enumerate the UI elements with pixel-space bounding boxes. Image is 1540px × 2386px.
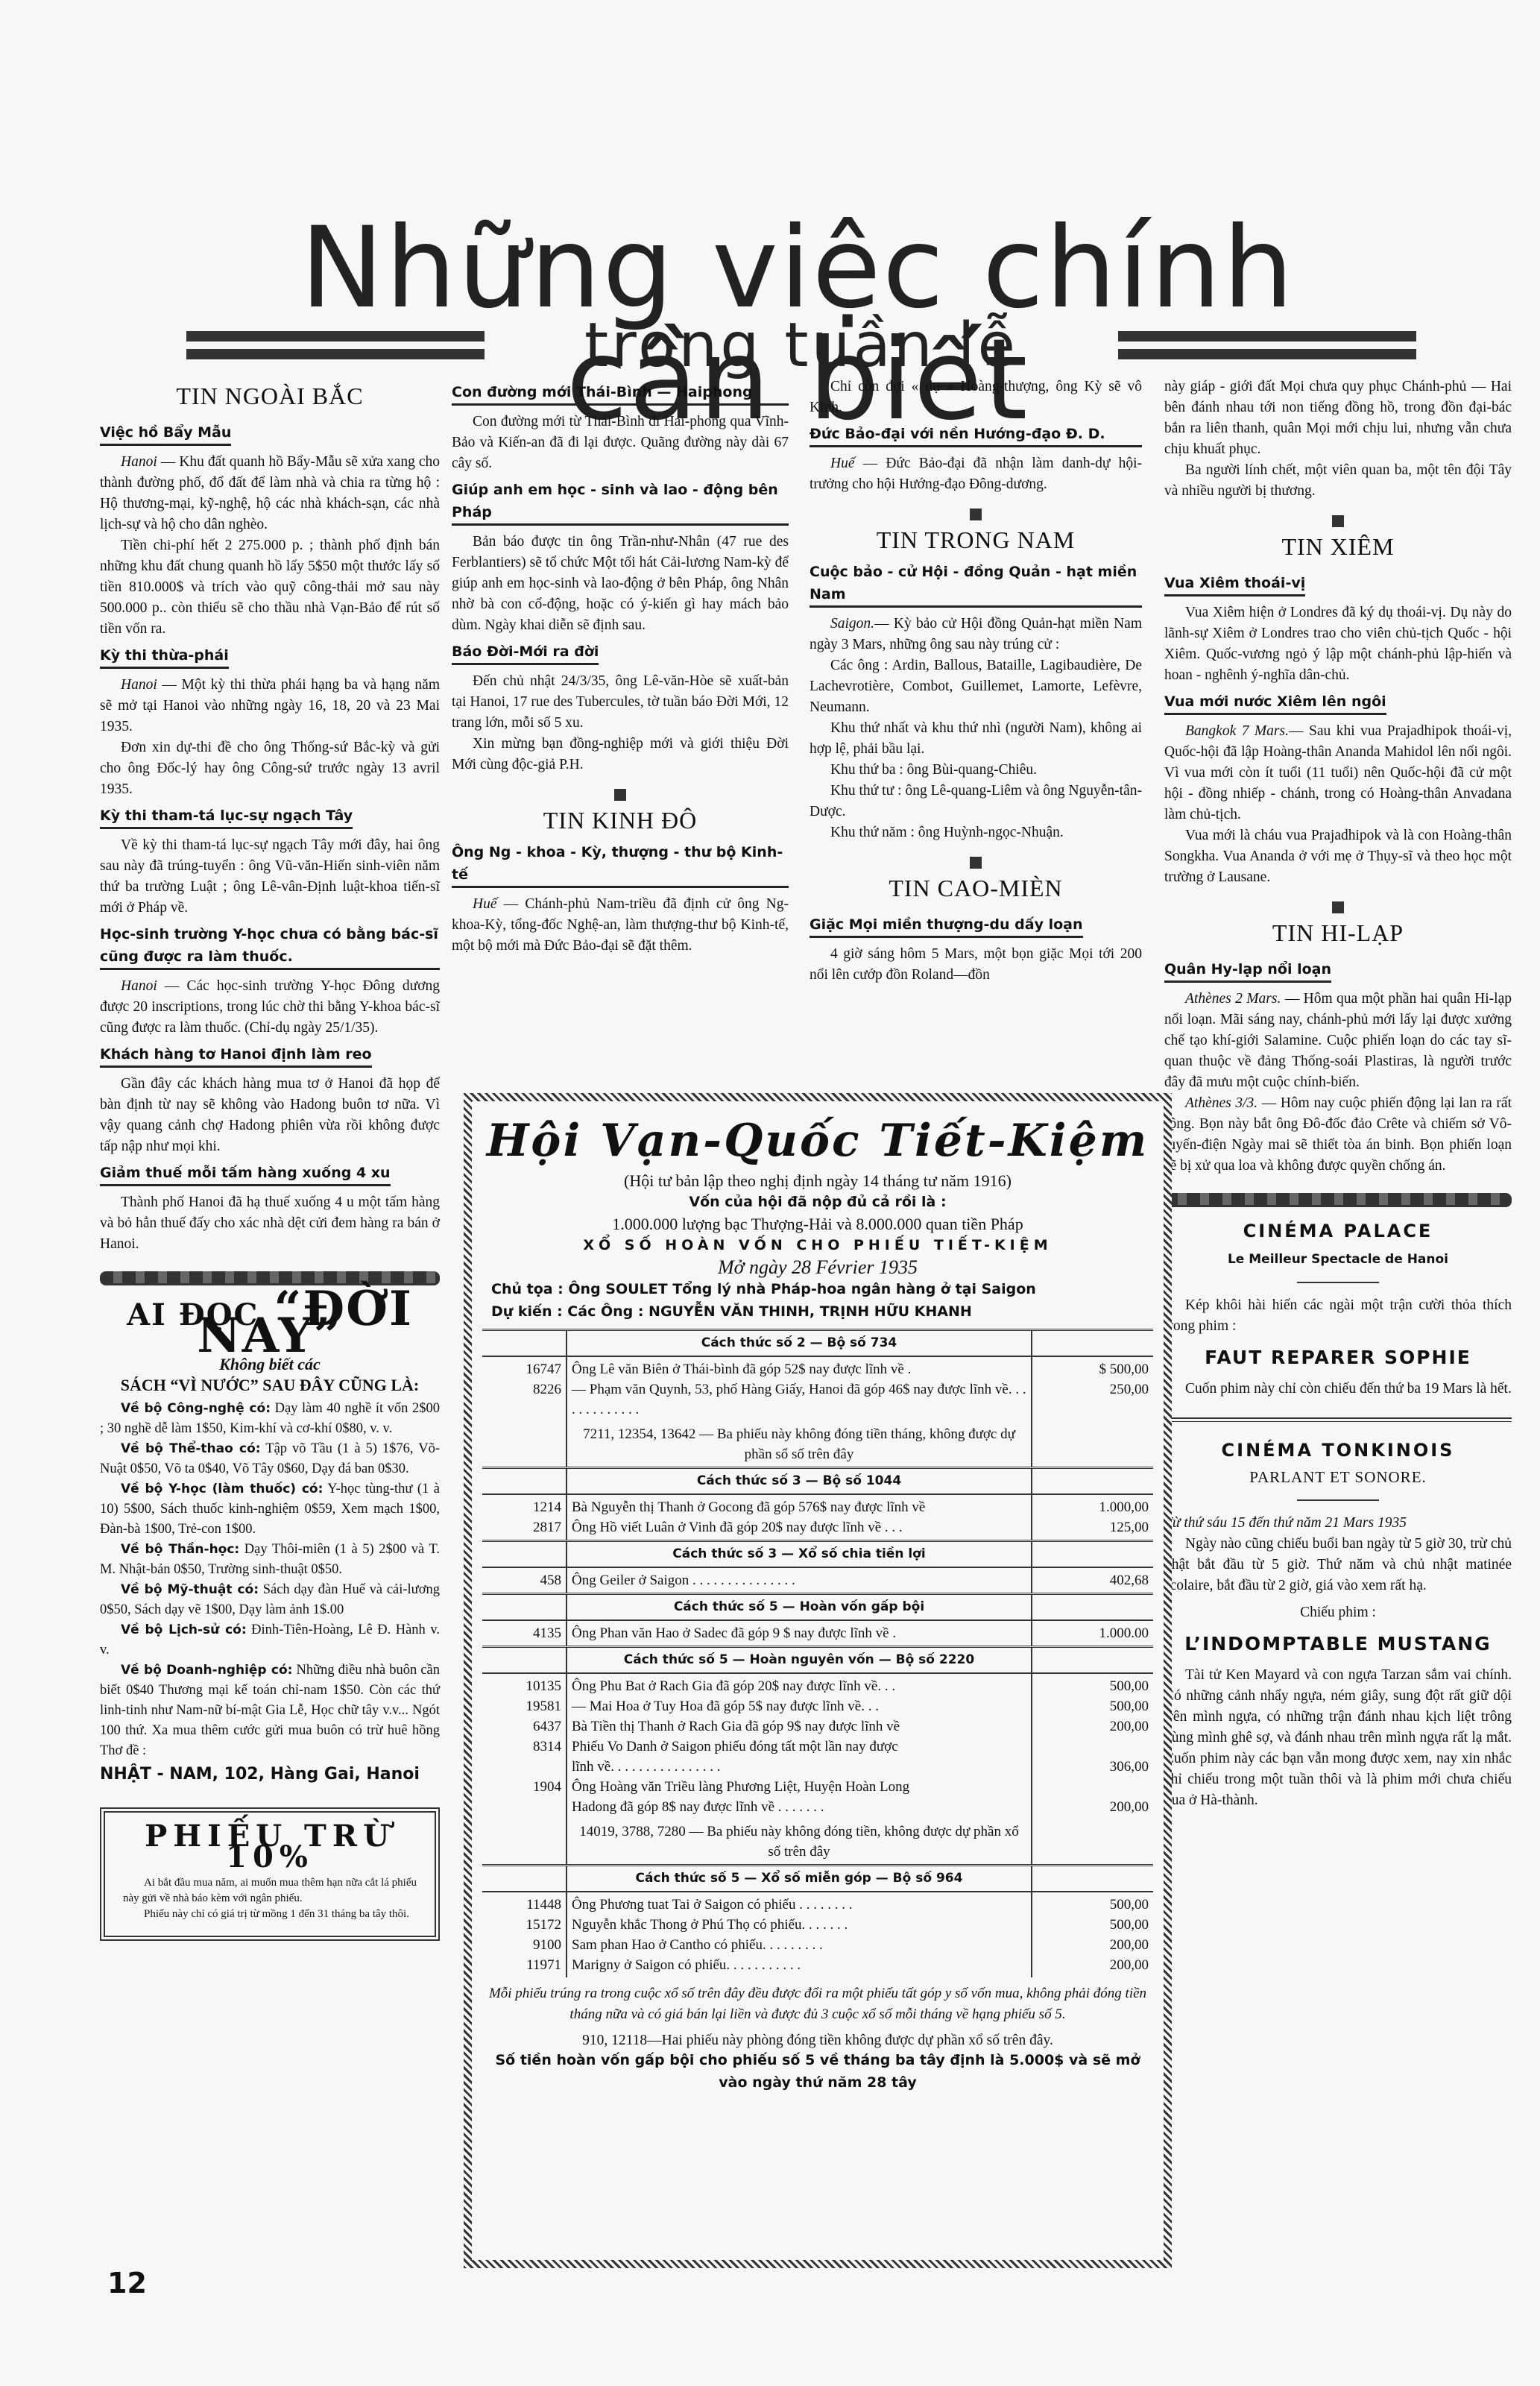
ad-title: AI ĐỌC “ĐỜI NAY” [100, 1299, 440, 1350]
cinema-intro: Kép khôi hài hiến các ngài một trận cười… [1164, 1295, 1512, 1337]
article-ho-bay-mau: Việc hồ Bẩy Mẫu Hanoi — Khu đất quanh hồ… [100, 417, 440, 640]
double-rule [1164, 1417, 1512, 1422]
table-row: 12142817Bà Nguyễn thị Thanh ở Gocong đã … [482, 1494, 1153, 1541]
article-paragraph: Tiền chi-phí hết 2 275.000 p. ; thành ph… [100, 535, 440, 640]
article-paragraph: Vua mới là cháu vua Prajadhipok và là co… [1164, 825, 1512, 888]
capital-label: Vốn của hội đã nộp đủ cả rồi là : [482, 1192, 1153, 1213]
article-heading: Giúp anh em học - sinh và lao - động bên… [452, 479, 789, 526]
article-paragraph: Xin mừng bạn đồng-nghiệp mới và giới thi… [452, 734, 789, 775]
table-row: 101351958164378314 1904 Ông Phu Bat ở Ra… [482, 1673, 1153, 1819]
column-3: Chỉ còn đợi « dụ » Hoàng-thượng, ông Kỳ … [810, 377, 1142, 986]
article-hoc-sinh-y-hoc: Học-sinh trường Y-học chưa có bằng bác-s… [100, 923, 440, 1039]
article-paragraph: Con đường mới từ Thái-Bình đi Hai-phong … [452, 412, 789, 474]
section-title-tin-trong-nam: TIN TRONG NAM [810, 529, 1142, 550]
table-note-row: 14019, 3788, 7280 — Ba phiếu này không đ… [482, 1819, 1153, 1866]
article-heading: Kỳ thi tham-tá lục-sự ngạch Tây [100, 805, 353, 829]
cinema-name: CINÉMA PALACE [1164, 1221, 1512, 1241]
column-2: Con đường mới Thái-Bình — Haiphong Con đ… [452, 377, 789, 957]
lottery-line: XỔ SỐ HOÀN VỐN CHO PHIẾU TIẾT-KIỆM [482, 1235, 1153, 1256]
article-paragraph: Ba người lính chết, một viên quan ba, mộ… [1164, 460, 1512, 502]
table-note-row: 7211, 12354, 13642 — Ba phiếu này không … [482, 1422, 1153, 1468]
section-title-tin-cao-mien: TIN CAO-MIÈN [810, 878, 1142, 898]
subheadline-row: trong tuần lễ [186, 312, 1416, 379]
dateline: Hanoi [121, 454, 157, 470]
cinema-label: Chiếu phim : [1164, 1602, 1512, 1623]
table-section-header: Cách thức số 5 — Xổ số miễn góp — Bộ số … [482, 1866, 1153, 1892]
article-paragraph: Bản báo được tin ông Trần-như-Nhân (47 r… [452, 532, 789, 636]
article-heading: Học-sinh trường Y-học chưa có bằng bác-s… [100, 923, 440, 970]
article-paragraph: Khu thứ năm : ông Huỳnh-ngọc-Nhuận. [810, 822, 1142, 843]
section-bullet-icon [1332, 901, 1344, 913]
ad-subtitle: Không biết các [100, 1354, 440, 1375]
article-heading: Việc hồ Bẩy Mẫu [100, 421, 231, 446]
article-paragraph: Khu thứ tư : ông Lê-quang-Liêm và ông Ng… [810, 781, 1142, 822]
subheadline: trong tuần lễ [584, 310, 1018, 381]
section-title-tin-hi-lap: TIN HI-LẠP [1164, 922, 1512, 943]
short-rule [1297, 1499, 1379, 1501]
cinema-desc: Tài tử Ken Mayard và con ngựa Tarzan sắm… [1164, 1665, 1512, 1811]
article-heading: Giảm thuế mỗi tấm hàng xuống 4 xu [100, 1162, 391, 1186]
wavy-divider [1164, 1193, 1512, 1207]
coupon-title: PHIẾU TRỪ 10% [123, 1826, 417, 1868]
column-1: TIN NGOÀI BẮC Việc hồ Bẩy Mẫu Hanoi — Kh… [100, 377, 440, 1941]
ad-cinema-tonkinois: CINÉMA TONKINOIS PARLANT ET SONORE. Từ t… [1164, 1440, 1512, 1811]
founded-line: (Hội tư bản lập theo nghị định ngày 14 t… [482, 1170, 1153, 1192]
dateline: Huế [473, 896, 497, 912]
table-section-header: Cách thức số 3 — Xổ số chia tiền lợi [482, 1541, 1153, 1568]
table-row: 167478226Ông Lê văn Biên ở Thái-bình đã … [482, 1356, 1153, 1422]
cinema-schedule: Ngày nào cũng chiếu buổi ban ngày từ 5 g… [1164, 1534, 1512, 1596]
article-paragraph: Đức Bảo-đại đã nhận làm danh-dự hội-trưở… [810, 456, 1142, 492]
capital-amount: 1.000.000 lượng bạc Thượng-Hải và 8.000.… [482, 1213, 1153, 1235]
ad-item: Về bộ Doanh-nghiệp có: Những điều nhà bu… [100, 1661, 440, 1761]
table-section-header: Cách thức số 3 — Bộ số 1044 [482, 1468, 1153, 1495]
section-bullet-icon [970, 857, 982, 869]
article-ky-thi-tham-ta: Kỳ thi tham-tá lục-sự ngạch Tây Về kỳ th… [100, 800, 440, 919]
article-paragraph: Thành phố Hanoi đã hạ thuế xuống 4 u một… [100, 1192, 440, 1255]
table-section-header: Cách thức số 2 — Bộ số 734 [482, 1330, 1153, 1357]
dateline: Athènes 3/3. [1185, 1095, 1257, 1111]
article-paragraph: Khu thứ nhất và khu thứ nhì (người Nam),… [810, 718, 1142, 760]
decorative-rule-left [186, 331, 485, 359]
ad-title: Hội Vạn-Quốc Tiết-Kiệm [482, 1115, 1153, 1167]
article-heading: Quân Hy-lạp nổi loạn [1164, 958, 1331, 983]
page-number: 12 [107, 2267, 147, 2300]
ad-item: Về bộ Thần-học: Dạy Thôi-miên (1 à 5) 2$… [100, 1540, 440, 1580]
table-section-header: Cách thức số 5 — Hoàn vốn gấp bội [482, 1594, 1153, 1621]
cinema-dates: Từ thứ sáu 15 đến thứ năm 21 Mars 1935 [1164, 1513, 1512, 1534]
lottery-results-table: Cách thức số 2 — Bộ số 734167478226Ông L… [482, 1329, 1153, 1977]
article-paragraph: Đơn xin dự-thi đề cho ông Thống-sứ Bắc-k… [100, 737, 440, 800]
section-title-tin-ngoai-bac: TIN NGOÀI BẮC [100, 385, 440, 406]
dateline: Hanoi [121, 978, 157, 994]
article-heading: Giặc Mọi miền thượng-du dấy loạn [810, 913, 1083, 938]
cinema-tagline: Le Meilleur Spectacle de Hanoi [1164, 1249, 1512, 1270]
section-title-tin-xiem: TIN XIÊM [1164, 536, 1512, 557]
film-title: FAUT REPARER SOPHIE [1164, 1347, 1512, 1368]
article-heading: Kỳ thi thừa-phái [100, 644, 229, 669]
dateline: Huế [830, 456, 855, 471]
table-row: 1144815172910011971Ông Phương tuat Tai ở… [482, 1892, 1153, 1977]
dateline: Hanoi [121, 677, 157, 693]
article-paragraph: Chánh-phủ Nam-triều đã định cử ông Ng-kh… [452, 896, 789, 954]
film-title: L’INDOMPTABLE MUSTANG [1164, 1634, 1512, 1655]
short-rule [1297, 1282, 1379, 1283]
ad-item: Về bộ Mỹ-thuật có: Sách dạy đàn Huế và c… [100, 1580, 440, 1620]
discount-coupon: PHIẾU TRỪ 10% Ai bắt đầu mua năm, ai muố… [100, 1807, 440, 1941]
article-khach-hang-to: Khách hàng tơ Hanoi định làm reo Gần đây… [100, 1039, 440, 1157]
table-section-header: Cách thức số 5 — Hoàn nguyên vốn — Bộ số… [482, 1647, 1153, 1674]
ad-caps-line: SÁCH “VÌ NƯỚC” SAU ĐÂY CŨNG LÀ: [100, 1375, 440, 1396]
column-4: này giáp - giới đất Mọi chưa quy phục Ch… [1164, 377, 1512, 1811]
ad-doi-nay: AI ĐỌC “ĐỜI NAY” Không biết các SÁCH “VÌ… [100, 1299, 440, 1785]
footnote-bold: Số tiền hoàn vốn gấp bội cho phiếu số 5 … [482, 2049, 1153, 2094]
cinema-tagline: PARLANT ET SONORE. [1164, 1467, 1512, 1488]
ad-item: Về bộ Y-học (làm thuốc) có: Y-học tùng-t… [100, 1479, 440, 1540]
chairman-line: Chủ tọa : Ông SOULET Tổng lý nhà Pháp-ho… [482, 1278, 1153, 1300]
dateline: Saigon. [830, 616, 874, 632]
article-paragraph: Đến chủ nhật 24/3/35, ông Lê-văn-Hòe sẽ … [452, 671, 789, 734]
coupon-text: Phiếu này chỉ có giá trị từ mồng 1 đến 3… [123, 1907, 417, 1922]
section-title-tin-kinh-do: TIN KINH ĐÔ [452, 810, 789, 831]
ad-item: Về bộ Công-nghệ có: Dạy làm 40 nghề ít v… [100, 1399, 440, 1439]
article-ky-thi-thua-phai: Kỳ thi thừa-phái Hanoi — Một kỳ thi thừa… [100, 640, 440, 800]
ad-address: NHẬT - NAM, 102, Hàng Gai, Hanoi [100, 1764, 440, 1785]
article-paragraph: Các ông : Ardin, Ballous, Bataille, Lagi… [810, 655, 1142, 718]
ad-item: Về bộ Thể-thao có: Tập võ Tầu (1 à 5) 1$… [100, 1439, 440, 1479]
article-paragraph: Về kỳ thi tham-tá lục-sự ngạch Tây mới đ… [100, 835, 440, 919]
article-heading: Con đường mới Thái-Bình — Haiphong [452, 381, 789, 406]
section-bullet-icon [614, 789, 626, 801]
ad-cinema-palace: CINÉMA PALACE Le Meilleur Spectacle de H… [1164, 1221, 1512, 1400]
footnote-note: 910, 12118—Hai phiếu này phòng đóng tiền… [482, 2033, 1153, 2049]
section-bullet-icon [970, 509, 982, 520]
article-heading: Khách hàng tơ Hanoi định làm reo [100, 1043, 372, 1068]
dateline: Bangkok 7 Mars. [1185, 723, 1289, 739]
article-giam-thue: Giảm thuế mỗi tấm hàng xuống 4 xu Thành … [100, 1157, 440, 1255]
dateline: Athènes 2 Mars. [1185, 991, 1281, 1007]
coupon-text: Ai bắt đầu mua năm, ai muốn mua thêm hạn… [123, 1875, 417, 1907]
ad-title-main: “ĐỜI NAY” [197, 1281, 413, 1364]
cinema-note: Cuốn phim này chỉ còn chiếu đến thứ ba 1… [1164, 1379, 1512, 1400]
article-heading: Vua Xiêm thoái-vị [1164, 572, 1305, 596]
footnote-italic: Mỗi phiếu trúng ra trong cuộc xổ số trên… [482, 1983, 1153, 2025]
witness-line: Dự kiến : Các Ông : NGUYỄN VĂN THINH, TR… [482, 1300, 1153, 1323]
article-heading: Ông Ng - khoa - Kỳ, thượng - thư bộ Kinh… [452, 841, 789, 888]
draw-date: Mở ngày 28 Février 1935 [482, 1256, 1153, 1278]
table-row: 4135Ông Phan văn Hao ở Sadec đã góp 9 $ … [482, 1620, 1153, 1647]
cinema-name: CINÉMA TONKINOIS [1164, 1440, 1512, 1461]
table-row: 458Ông Geiler ở Saigon . . . . . . . . .… [482, 1567, 1153, 1594]
savings-society-ad: Hội Vạn-Quốc Tiết-Kiệm (Hội tư bản lập t… [464, 1093, 1172, 2268]
section-bullet-icon [1332, 515, 1344, 527]
article-paragraph: này giáp - giới đất Mọi chưa quy phục Ch… [1164, 377, 1512, 460]
article-heading: Báo Đời-Mới ra đời [452, 640, 599, 665]
article-heading: Vua mới nước Xiêm lên ngôi [1164, 690, 1386, 715]
article-paragraph: Gần đây các khách hàng mua tơ ở Hanoi đã… [100, 1074, 440, 1157]
decorative-rule-right [1118, 331, 1416, 359]
article-heading: Cuộc bảo - cử Hội - đồng Quản - hạt miền… [810, 561, 1142, 608]
article-paragraph: Khu thứ ba : ông Bùi-quang-Chiêu. [810, 760, 1142, 781]
article-paragraph: Vua Xiêm hiện ở Londres đã ký dụ thoái-v… [1164, 602, 1512, 686]
article-paragraph: Chỉ còn đợi « dụ » Hoàng-thượng, ông Kỳ … [810, 377, 1142, 418]
ad-item: Về bộ Lịch-sử có: Đinh-Tiên-Hoàng, Lê Đ.… [100, 1620, 440, 1661]
article-paragraph: 4 giờ sáng hôm 5 Mars, một bọn giặc Mọi … [810, 944, 1142, 986]
article-heading: Đức Bảo-đại với nền Hướng-đạo Đ. D. [810, 423, 1142, 447]
